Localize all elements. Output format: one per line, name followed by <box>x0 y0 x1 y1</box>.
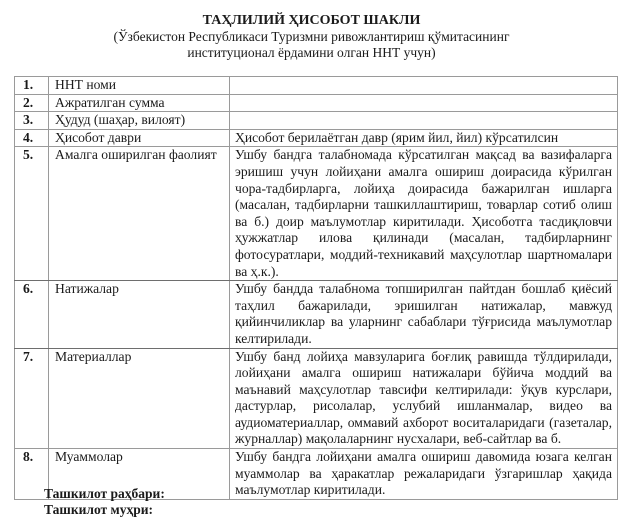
row-label: Натижалар <box>49 281 230 348</box>
row-number: 4. <box>15 129 49 147</box>
table-row: 2. Ажратилган сумма <box>15 94 618 112</box>
row-content-field[interactable]: Ҳисобот берилаётган давр (ярим йил, йил)… <box>230 129 618 147</box>
row-number: 7. <box>15 348 49 449</box>
row-content-field[interactable]: Ушбу бандда талабнома топширилган пайтда… <box>230 281 618 348</box>
table-row: 6. Натижалар Ушбу бандда талабнома топши… <box>15 281 618 348</box>
subtitle-line-2: институционал ёрдамини олган ННТ учун) <box>0 45 623 61</box>
report-form-table: 1. ННТ номи 2. Ажратилган сумма 3. Ҳудуд… <box>14 76 618 500</box>
row-content-field[interactable] <box>230 94 618 112</box>
seal-label: Ташкилот муҳри: <box>44 502 153 518</box>
row-number: 2. <box>15 94 49 112</box>
row-content-field[interactable] <box>230 112 618 130</box>
row-label: Ажратилган сумма <box>49 94 230 112</box>
row-label: Ҳудуд (шаҳар, вилоят) <box>49 112 230 130</box>
row-label: Ҳисобот даври <box>49 129 230 147</box>
row-content-field[interactable] <box>230 77 618 95</box>
row-label: ННТ номи <box>49 77 230 95</box>
row-label: Амалга оширилган фаолият <box>49 147 230 281</box>
table-row: 5. Амалга оширилган фаолият Ушбу бандга … <box>15 147 618 281</box>
table-row: 3. Ҳудуд (шаҳар, вилоят) <box>15 112 618 130</box>
table-row: 7. Материаллар Ушбу банд лойиҳа мавзулар… <box>15 348 618 449</box>
document-title: ТАҲЛИЛИЙ ҲИСОБОТ ШАКЛИ <box>0 13 623 29</box>
row-number: 6. <box>15 281 49 348</box>
row-number: 1. <box>15 77 49 95</box>
table-row: 4. Ҳисобот даври Ҳисобот берилаётган дав… <box>15 129 618 147</box>
document-subtitle: (Ўзбекистон Республикаси Туризмни ривожл… <box>0 29 623 61</box>
row-number: 3. <box>15 112 49 130</box>
row-label: Материаллар <box>49 348 230 449</box>
signature-label: Ташкилот раҳбари: <box>44 486 165 502</box>
table-row: 1. ННТ номи <box>15 77 618 95</box>
row-content-field[interactable]: Ушбу банд лойиҳа мавзуларига боғлиқ рави… <box>230 348 618 449</box>
row-number: 5. <box>15 147 49 281</box>
row-content-field[interactable]: Ушбу бандга лойиҳани амалга ошириш давом… <box>230 449 618 500</box>
subtitle-line-1: (Ўзбекистон Республикаси Туризмни ривожл… <box>0 29 623 45</box>
row-content-field[interactable]: Ушбу бандга талабномада кўрсатилган мақс… <box>230 147 618 281</box>
